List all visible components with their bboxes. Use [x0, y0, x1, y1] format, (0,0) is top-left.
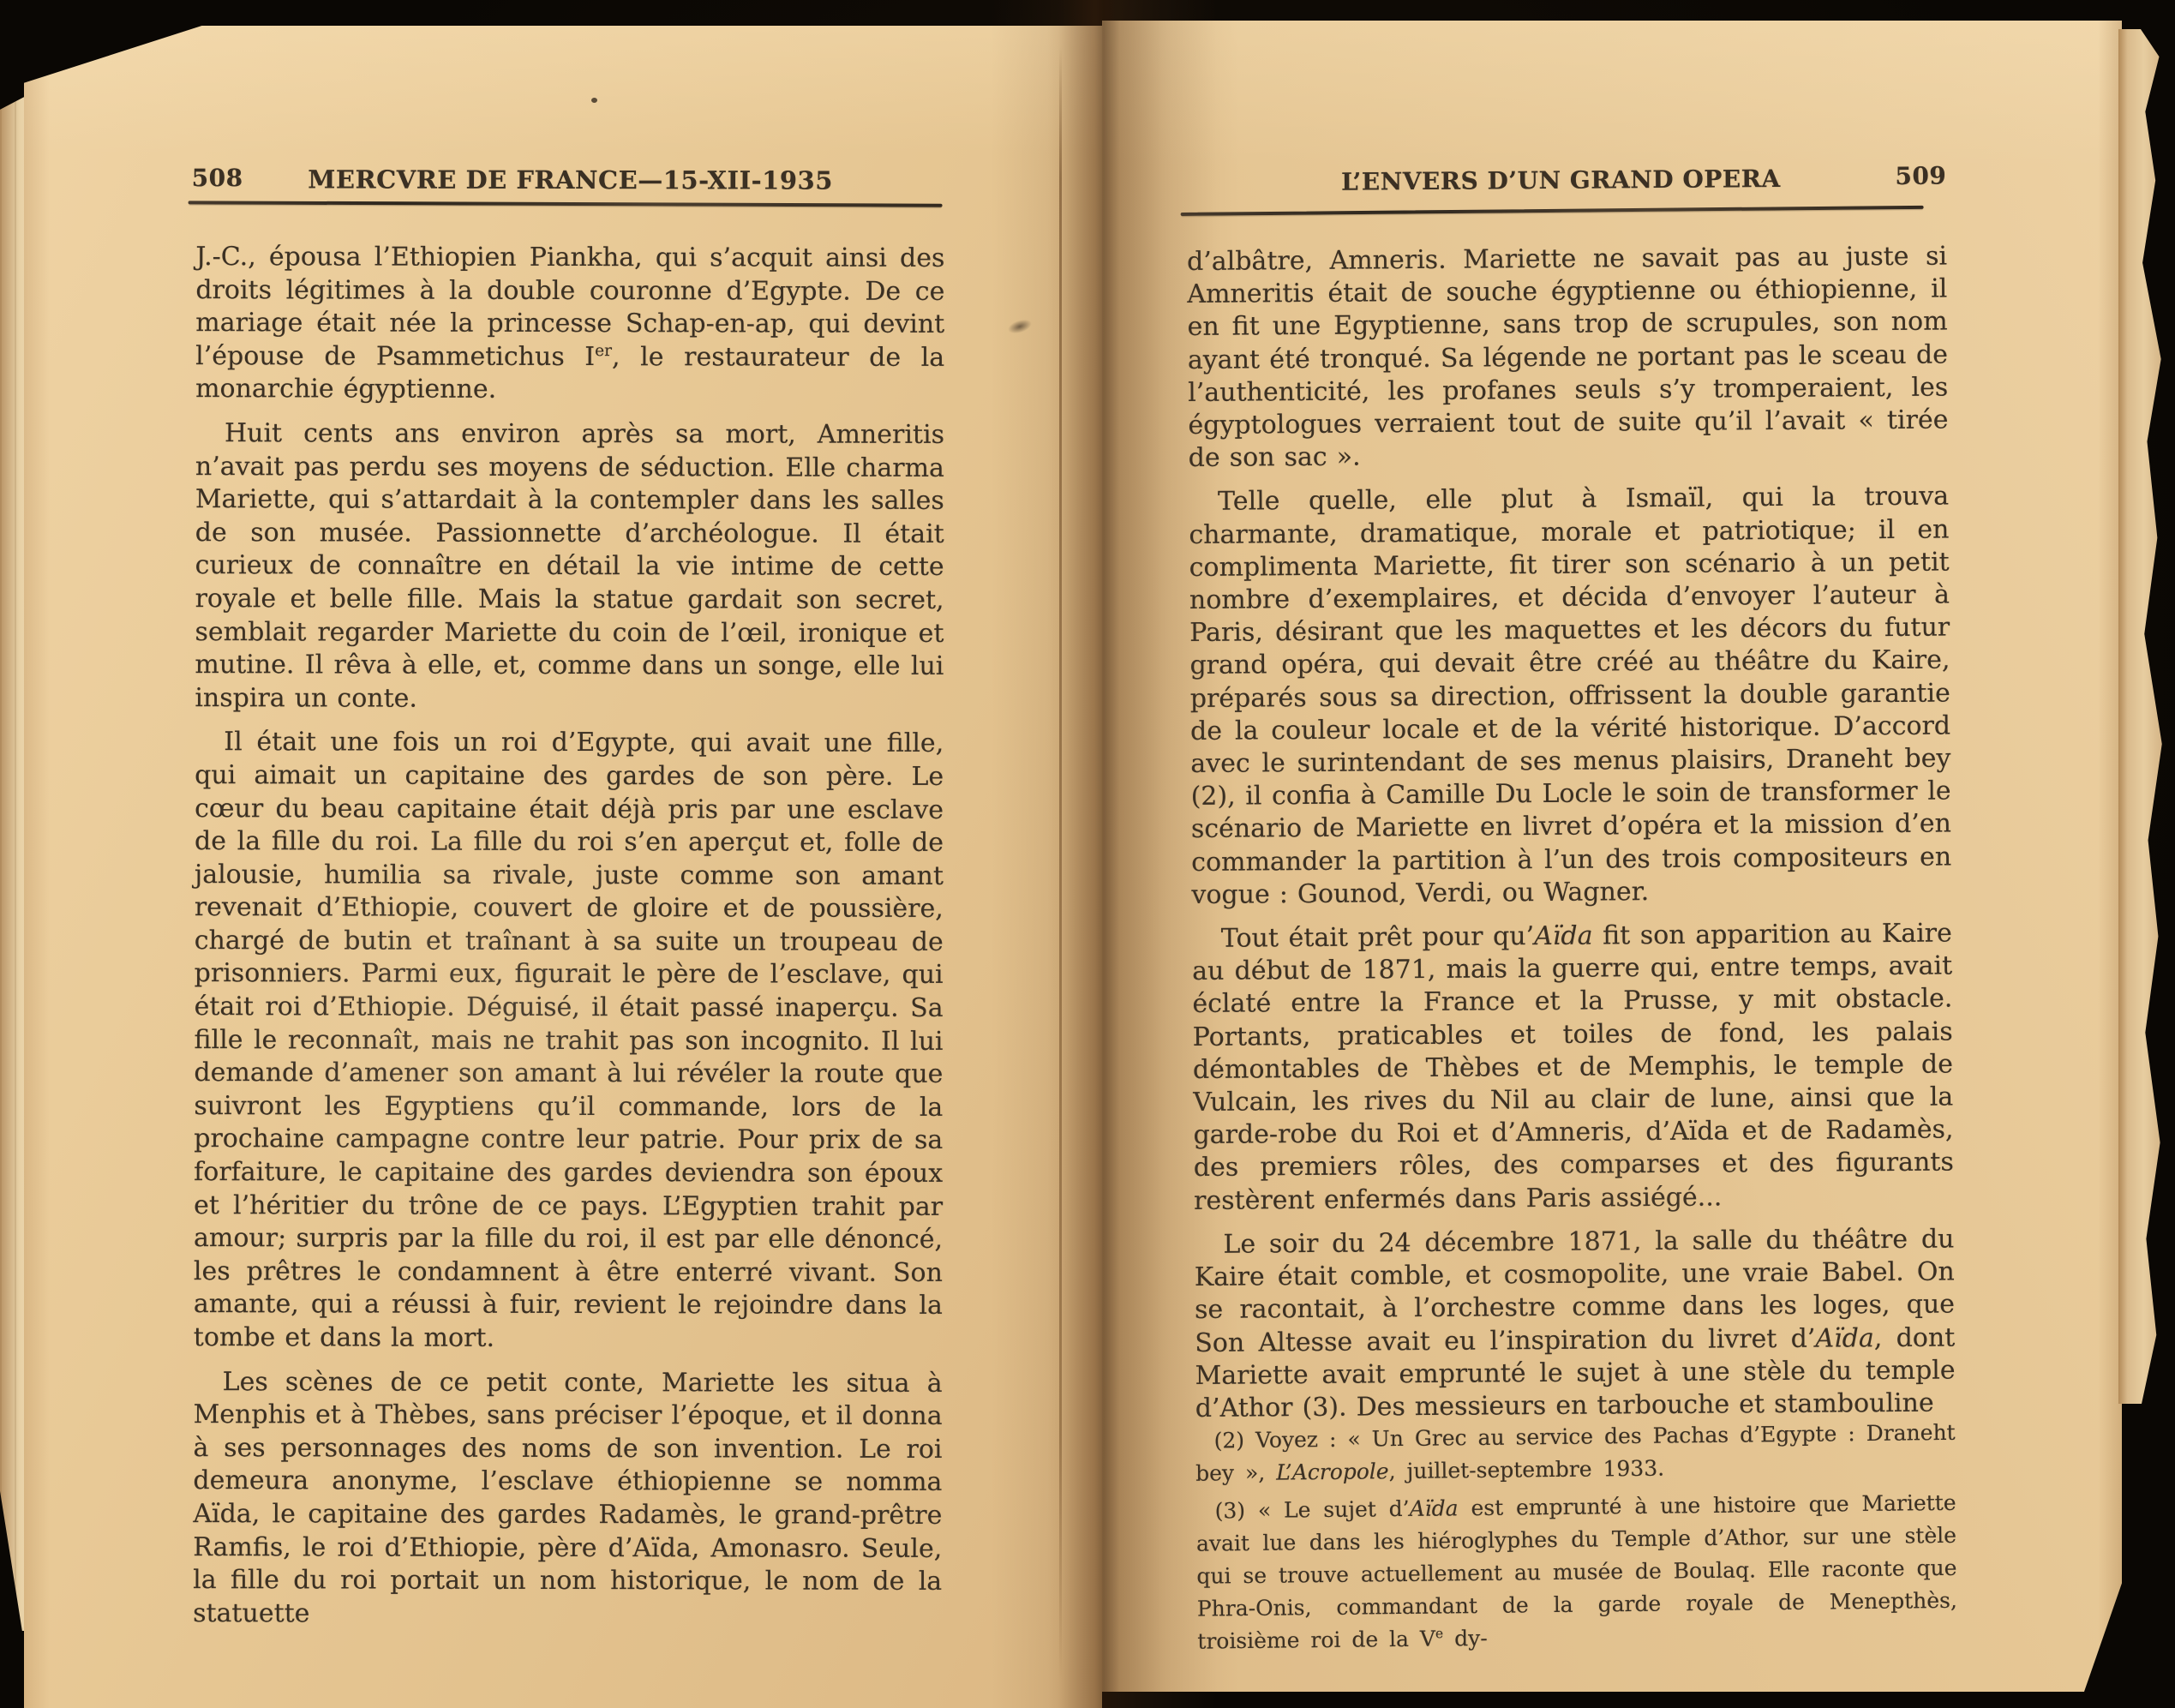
- footnote: (2) Voyez : « Un Grec au service des Pac…: [1195, 1417, 1956, 1490]
- right-page-number: 509: [1197, 162, 1946, 195]
- paragraph: Tout était prêt pour qu’Aïda fit son app…: [1192, 918, 1954, 1218]
- left-page-body: J.-C., épousa l’Ethiopien Piankha, qui s…: [193, 241, 944, 1632]
- footnotes-block: (2) Voyez : « Un Grec au service des Pac…: [1195, 1417, 1957, 1663]
- right-header-rule: [1181, 206, 1924, 216]
- left-page: 508 MERCVRE DE FRANCE—15-XII-1935 J.-C.,…: [24, 26, 1102, 1708]
- left-header-rule: [189, 201, 943, 207]
- paragraph: Telle quelle, elle plut à Ismaïl, qui la…: [1189, 481, 1952, 912]
- ink-speck: [591, 98, 597, 103]
- paragraph: Les scènes de ce petit conte, Mariette l…: [193, 1366, 943, 1633]
- book-scan-spread: 508 MERCVRE DE FRANCE—15-XII-1935 J.-C.,…: [0, 0, 2175, 1708]
- paragraph: Il était une fois un roi d’Egypte, qui a…: [194, 726, 944, 1356]
- paragraph: Le soir du 24 décembre 1871, la salle du…: [1194, 1223, 1956, 1425]
- paragraph: J.-C., épousa l’Ethiopien Piankha, qui s…: [195, 241, 944, 408]
- footnote: (3) « Le sujet d’Aïda est emprunté à une…: [1195, 1487, 1957, 1658]
- left-running-title: MERCVRE DE FRANCE—15-XII-1935: [196, 165, 945, 195]
- fore-edge-ragged-paper: [2118, 29, 2165, 1404]
- right-page-body: d’albâtre, Amneris. Mariette ne savait p…: [1187, 241, 1956, 1426]
- paragraph: Huit cents ans environ après sa mort, Am…: [195, 417, 944, 716]
- left-page-content: 508 MERCVRE DE FRANCE—15-XII-1935 J.-C.,…: [21, 25, 1102, 1708]
- right-page: L’ENVERS D’UN GRAND OPERA 509 d’albâtre,…: [1102, 21, 2122, 1692]
- right-page-content: L’ENVERS D’UN GRAND OPERA 509 d’albâtre,…: [1102, 15, 2134, 1693]
- paragraph: d’albâtre, Amneris. Mariette ne savait p…: [1187, 241, 1949, 476]
